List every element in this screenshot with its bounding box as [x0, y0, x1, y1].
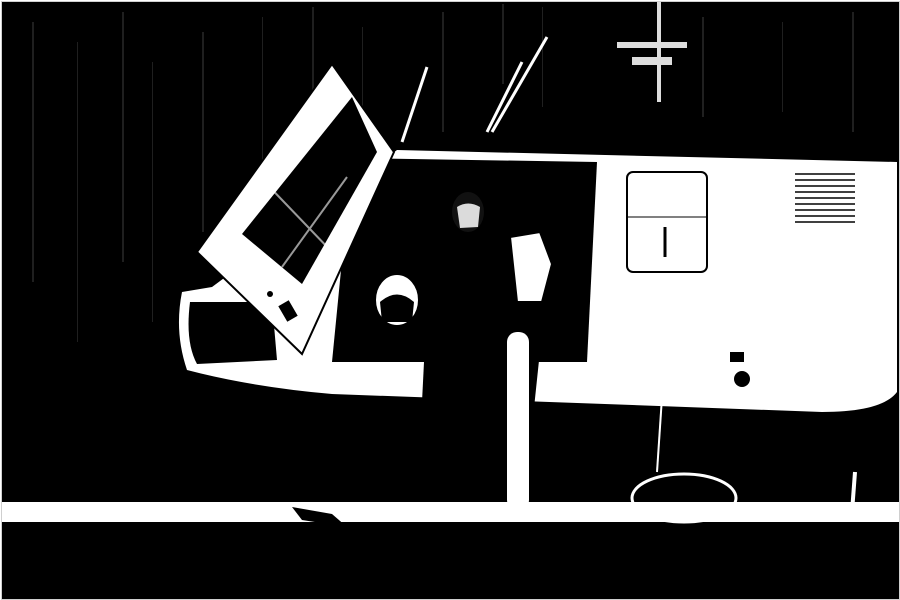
helicopter-scene: [2, 2, 899, 599]
skid: [2, 502, 899, 522]
rotor-mast: [617, 2, 687, 102]
chainsaw-bar: [507, 332, 529, 510]
antennas: [402, 37, 547, 142]
ground: [2, 522, 899, 599]
rear-window: [627, 172, 707, 272]
chainsaw-brand-label: STHIL: [487, 400, 503, 445]
photo-frame: STHIL: [1, 1, 900, 600]
